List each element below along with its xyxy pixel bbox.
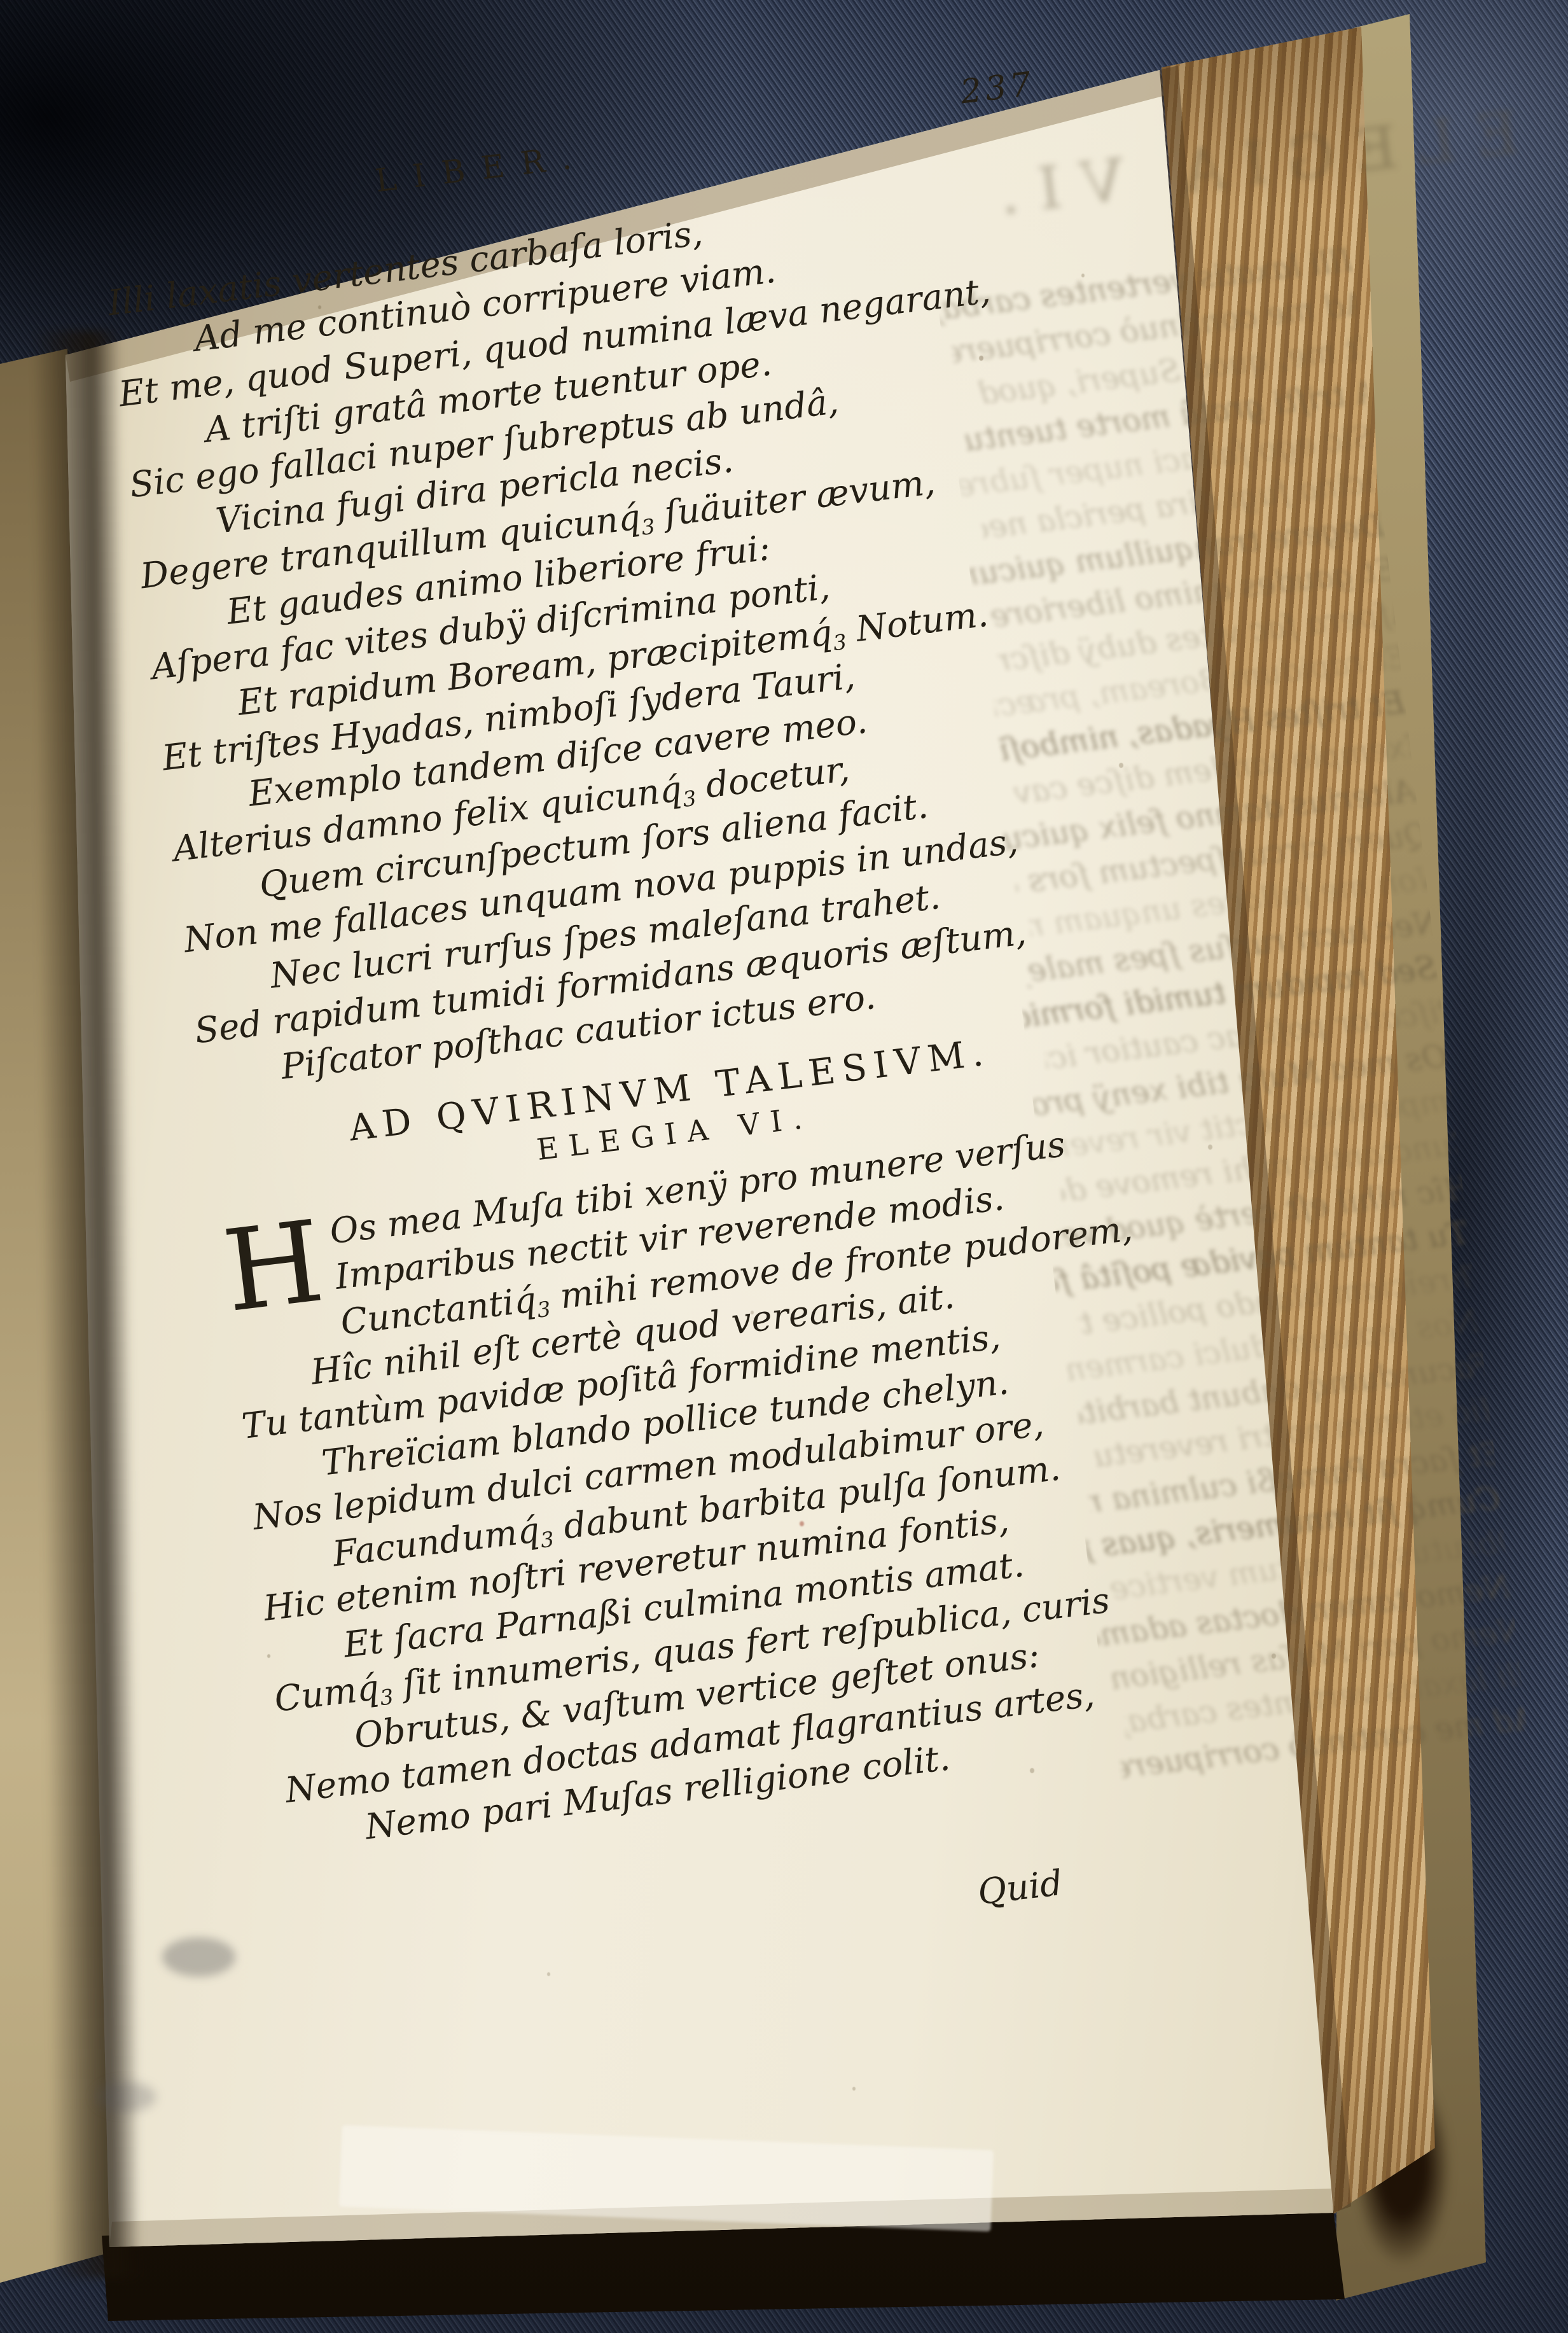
paper-specks <box>0 0 3 4</box>
ink-smudge <box>162 1937 235 1977</box>
book-photograph: ELEGIA VI. Illi laxatis vertentes carbaſ… <box>0 0 1568 2333</box>
pencil-smudge <box>95 2082 156 2112</box>
elegy-v-verse: Illi laxatis vertentes carbaſa loris,Ad … <box>106 183 1024 1099</box>
page-number: 237 <box>959 65 1037 111</box>
printed-text-block: ELEGIA VI. Illi laxatis vertentes carbaſ… <box>94 41 1522 1993</box>
elegy-vi-verse: H Os mea Muſa tibi xenÿ pro munere verſu… <box>218 1121 1140 1859</box>
drop-cap: H <box>219 1214 328 1318</box>
